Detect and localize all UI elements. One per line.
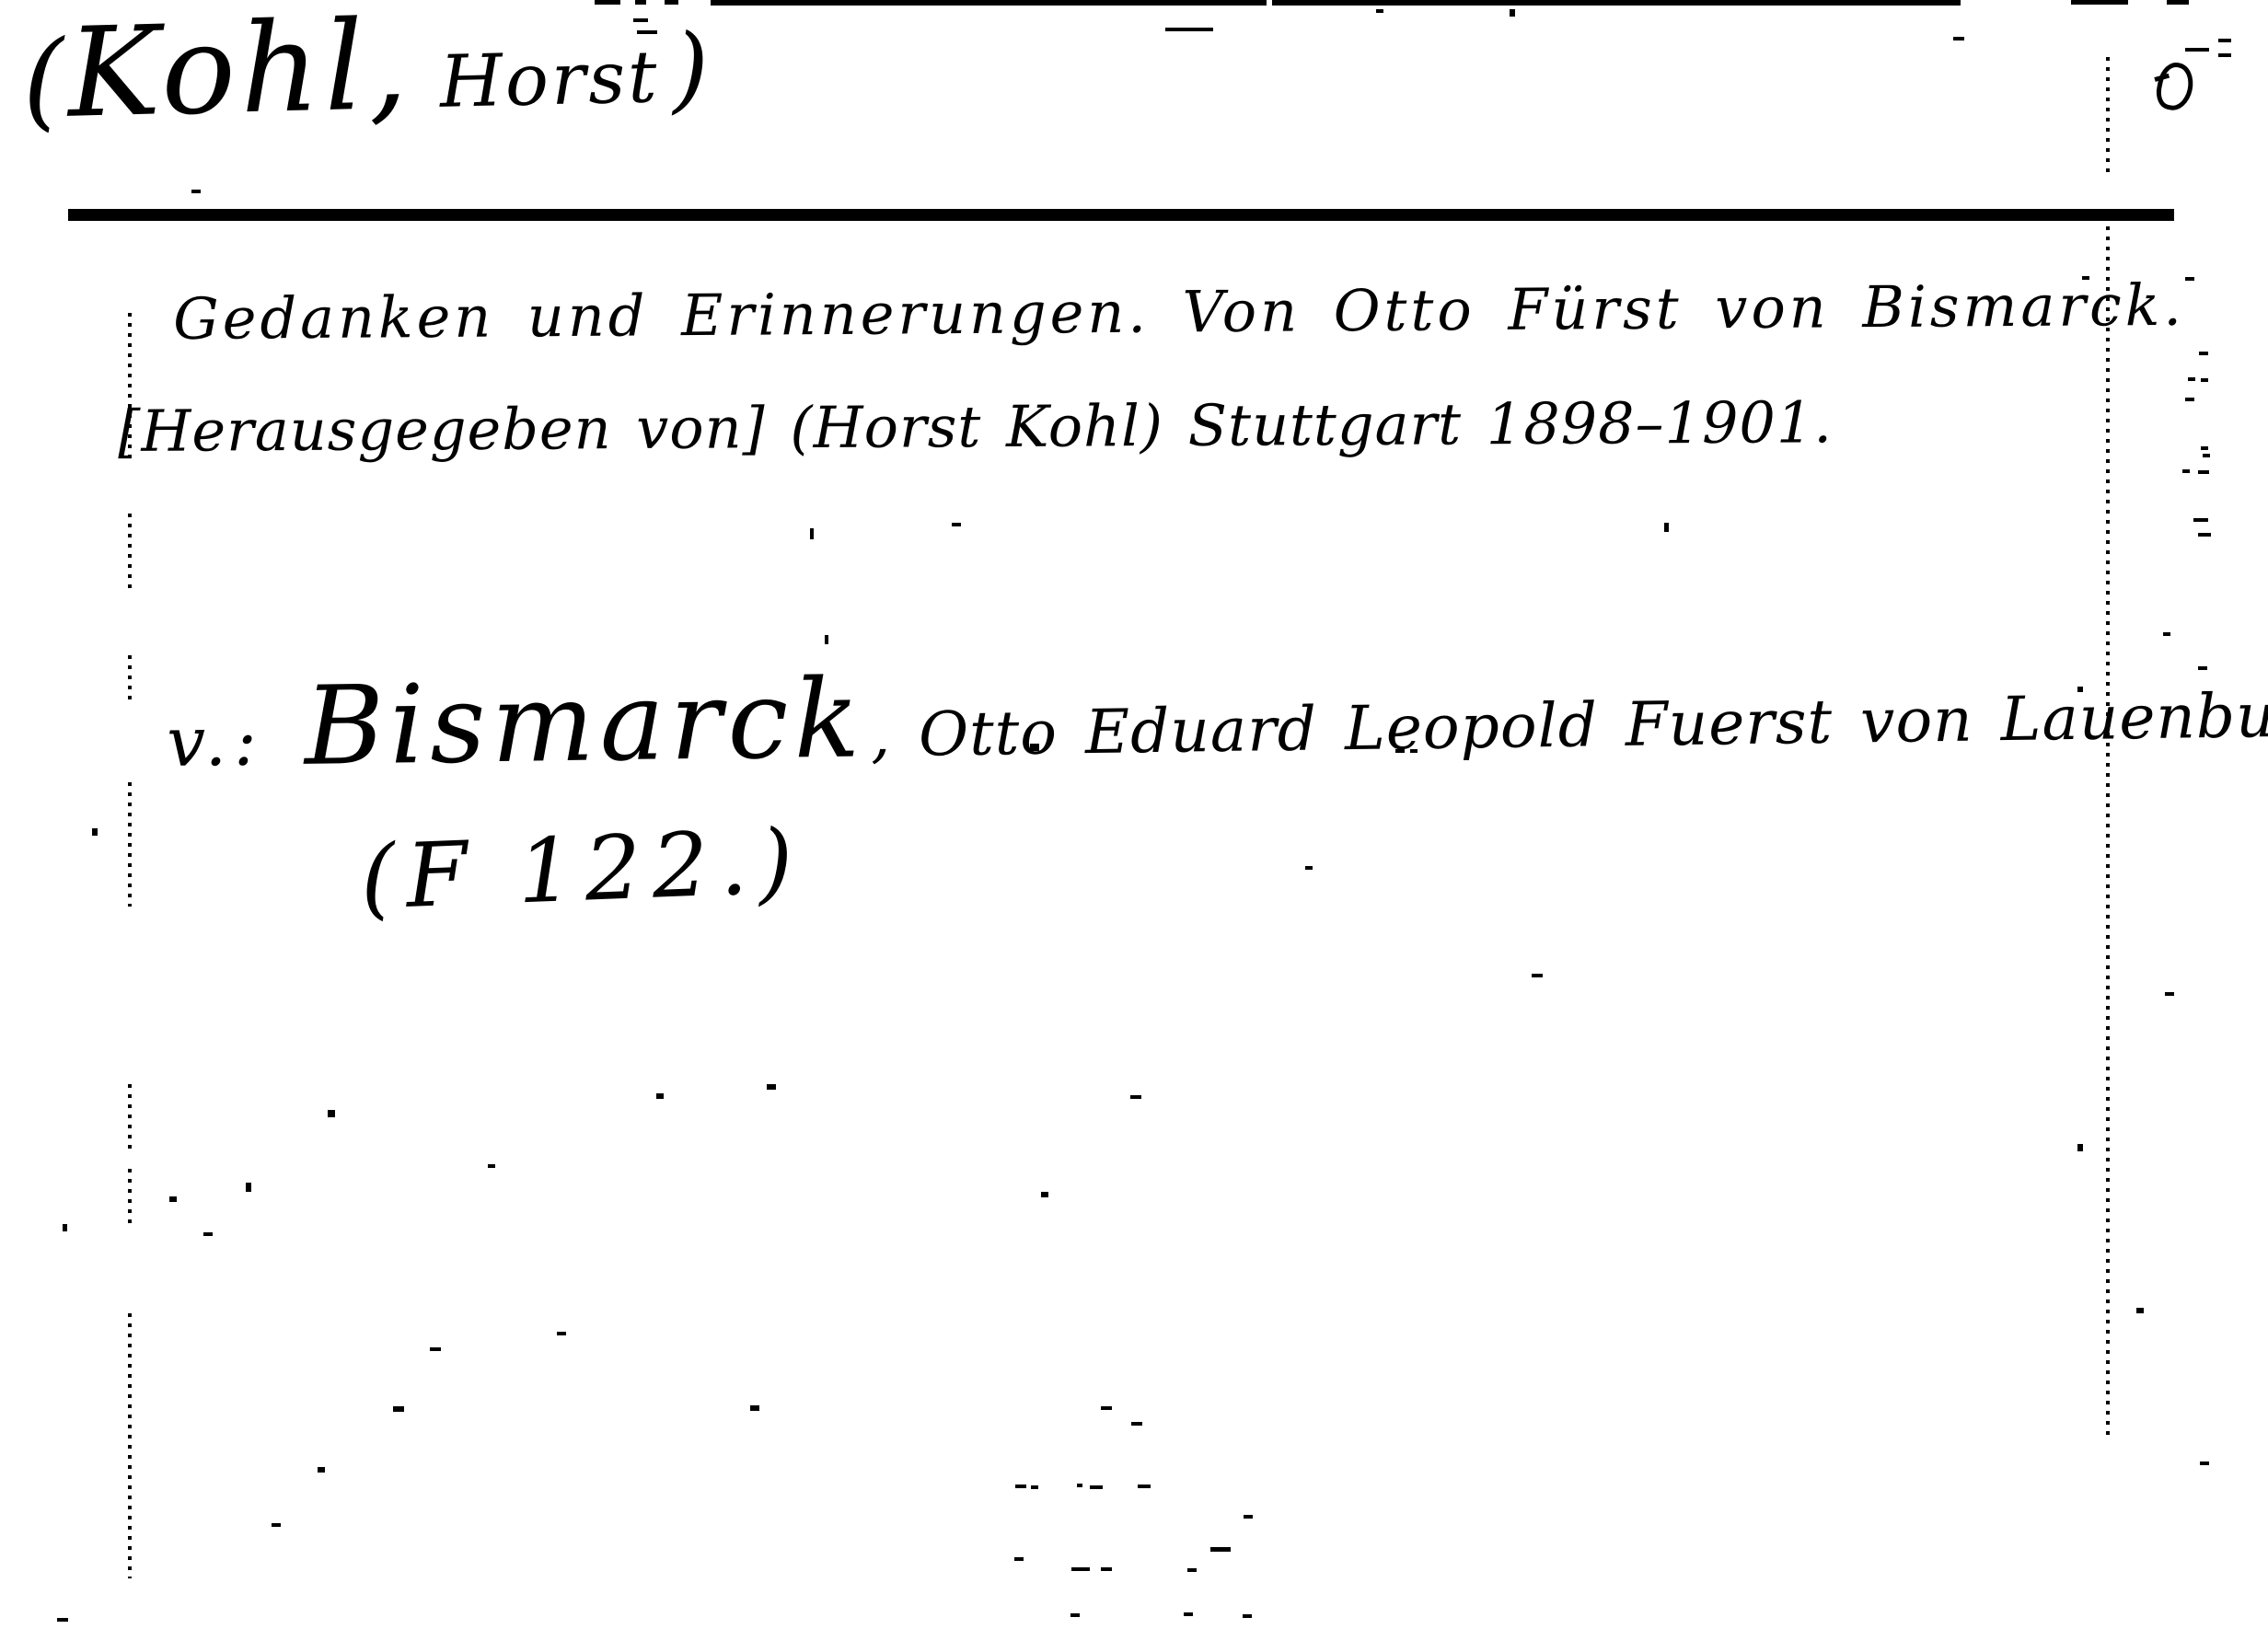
scan-speck bbox=[92, 828, 98, 836]
dotted-segment bbox=[128, 782, 132, 907]
scan-speck bbox=[393, 1406, 404, 1412]
scan-speck bbox=[810, 528, 814, 539]
scan-speck bbox=[2198, 533, 2211, 537]
scan-speck bbox=[2185, 277, 2194, 281]
scan-speck bbox=[1071, 1567, 1090, 1571]
scan-edge-dash bbox=[1272, 0, 1961, 6]
dotted-segment bbox=[128, 313, 132, 465]
scan-speck bbox=[246, 1183, 251, 1192]
shelfmark: (F 122.) bbox=[359, 817, 805, 922]
scan-speck bbox=[1165, 28, 1213, 31]
scan-speck bbox=[1015, 1485, 1026, 1488]
entry-imprint-line: [Herausgegeben von] (Horst Kohl) Stuttga… bbox=[118, 394, 1833, 460]
scan-speck bbox=[750, 1405, 759, 1411]
scan-speck bbox=[1101, 1567, 1112, 1571]
heading-forename: Horst bbox=[439, 41, 660, 119]
heading-close-paren: ) bbox=[671, 22, 710, 117]
scan-speck bbox=[1953, 37, 1964, 40]
scan-speck bbox=[557, 1332, 566, 1335]
scan-speck bbox=[1131, 1422, 1142, 1426]
scan-speck bbox=[1664, 523, 1669, 532]
dotted-segment bbox=[128, 1169, 132, 1226]
scan-speck bbox=[1376, 9, 1383, 13]
scan-speck bbox=[2082, 276, 2089, 280]
entry-title-line: Gedanken und Erinnerungen. Von Otto Fürs… bbox=[173, 277, 2185, 348]
scan-speck bbox=[1041, 1192, 1048, 1197]
scan-speck bbox=[1014, 1557, 1024, 1561]
scan-speck bbox=[1077, 1484, 1082, 1487]
dotted-segment bbox=[128, 514, 132, 595]
scan-speck bbox=[656, 1093, 664, 1099]
scan-edge-dash bbox=[2071, 0, 2128, 5]
scan-speck bbox=[2201, 446, 2208, 450]
scan-speck bbox=[1138, 1485, 1151, 1488]
cross-reference-name: Bismarck bbox=[304, 664, 866, 780]
scan-speck bbox=[318, 1467, 325, 1473]
scan-speck bbox=[328, 1110, 335, 1117]
scan-speck bbox=[2218, 39, 2231, 42]
scan-speck bbox=[825, 635, 828, 644]
cross-reference-prefix: v.: bbox=[167, 708, 265, 777]
scan-speck bbox=[57, 1618, 68, 1622]
scan-speck bbox=[1101, 1406, 1112, 1410]
dotted-segment bbox=[128, 655, 132, 701]
scan-speck bbox=[1130, 1095, 1141, 1099]
scan-speck bbox=[1070, 1613, 1080, 1617]
heading-author: ( Kohl, Horst ) bbox=[21, 0, 711, 136]
scan-speck bbox=[767, 1084, 776, 1090]
heading-surname: Kohl, bbox=[66, 4, 413, 135]
cross-reference-suffix: , Otto Eduard Leopold Fuerst von Lauenbu… bbox=[871, 685, 2268, 766]
scan-speck bbox=[1090, 1485, 1103, 1489]
scan-speck bbox=[2200, 1461, 2209, 1465]
scan-speck bbox=[2136, 1308, 2144, 1313]
scan-speck bbox=[272, 1523, 281, 1527]
scan-speck bbox=[633, 18, 648, 22]
scan-speck bbox=[1031, 1485, 1038, 1489]
scan-speck bbox=[2165, 992, 2174, 996]
scan-speck bbox=[430, 1347, 441, 1351]
scan-speck bbox=[1030, 744, 1039, 751]
scan-speck bbox=[2185, 48, 2209, 52]
scan-speck bbox=[63, 1224, 67, 1231]
scan-speck bbox=[2185, 398, 2194, 401]
scan-speck bbox=[1184, 1612, 1193, 1616]
scan-speck bbox=[2198, 666, 2207, 670]
scan-speck bbox=[2203, 454, 2210, 457]
scan-speck bbox=[1187, 1568, 1197, 1572]
scan-speck bbox=[637, 30, 657, 34]
cross-reference-line: v.: Bismarck , Otto Eduard Leopold Fuers… bbox=[166, 643, 2268, 782]
scan-speck bbox=[2218, 53, 2231, 57]
scan-speck bbox=[2201, 378, 2208, 382]
corner-scribble-mark bbox=[2153, 60, 2197, 114]
scan-speck bbox=[1510, 9, 1515, 17]
dotted-segment bbox=[128, 1313, 132, 1578]
dotted-segment bbox=[2106, 57, 2110, 177]
heading-rule bbox=[68, 209, 2174, 221]
scan-speck bbox=[203, 1232, 213, 1236]
scan-speck bbox=[2077, 1144, 2083, 1151]
scan-edge-dash bbox=[2167, 0, 2189, 5]
scan-speck bbox=[2188, 377, 2195, 381]
scan-speck bbox=[191, 190, 201, 193]
scan-speck bbox=[2198, 470, 2209, 474]
dotted-segment bbox=[128, 1084, 132, 1153]
scan-speck bbox=[488, 1164, 495, 1168]
scan-speck bbox=[2199, 352, 2208, 355]
scan-speck bbox=[1243, 1614, 1252, 1618]
dotted-segment bbox=[2106, 226, 2110, 1438]
scan-speck bbox=[2182, 469, 2190, 473]
scan-speck bbox=[1410, 749, 1417, 753]
scan-speck bbox=[169, 1196, 177, 1202]
scan-speck bbox=[2077, 687, 2083, 692]
scan-speck bbox=[1395, 749, 1405, 753]
scan-edge-dash bbox=[711, 0, 1267, 6]
heading-open-paren: ( bbox=[21, 27, 65, 134]
scan-speck bbox=[1210, 1547, 1231, 1552]
scan-speck bbox=[2163, 632, 2170, 636]
scan-speck bbox=[2193, 518, 2208, 522]
scan-speck bbox=[1305, 866, 1313, 870]
scan-speck bbox=[952, 523, 961, 526]
scan-speck bbox=[1532, 974, 1543, 977]
scan-speck bbox=[1244, 1515, 1253, 1519]
